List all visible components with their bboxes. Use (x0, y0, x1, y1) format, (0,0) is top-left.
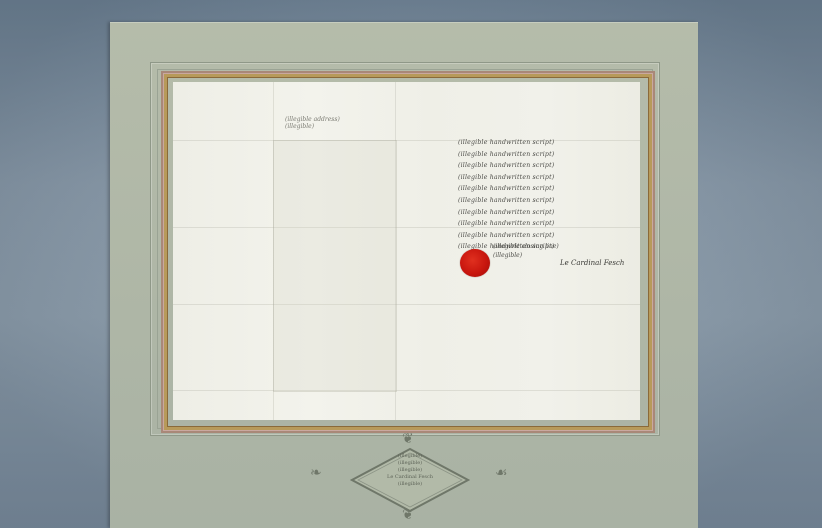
letter-line: (illegible handwritten script) (458, 160, 640, 172)
address-line: (illegible) (285, 123, 314, 130)
letter-body: (illegible handwritten script) (illegibl… (458, 137, 640, 253)
inscription-line: (illegible) (300, 467, 520, 474)
letter-line: (illegible handwritten script) (458, 137, 640, 149)
wax-seal-icon (460, 249, 490, 277)
letter-line: (illegible handwritten script) (458, 230, 640, 242)
fold-line (173, 390, 640, 391)
engraved-cartouche: ❦ ❦ ❧ ☙ (illegible) (illegible) (illegib… (300, 435, 520, 525)
letter-line: (illegible handwritten script) (458, 195, 640, 207)
inscription-line: (illegible) (300, 481, 520, 488)
cartouche-inscription: (illegible) (illegible) (illegible) Le C… (300, 453, 520, 488)
signature: Le Cardinal Fesch (560, 259, 624, 267)
letter-line: (illegible handwritten script) (458, 149, 640, 161)
letter-line: (illegible handwritten script) (458, 218, 640, 230)
letter-line: (illegible handwritten script) (458, 183, 640, 195)
closing-line: (illegible) (493, 252, 522, 259)
inscription-line: (illegible) (300, 453, 520, 460)
address-line: (illegible address) (285, 116, 340, 123)
inscription-line: Le Cardinal Fesch (300, 474, 520, 481)
closing-line: (illegible closing line) (493, 243, 559, 250)
letter-line: (illegible handwritten script) (458, 172, 640, 184)
ornament-icon: ❦ (402, 507, 414, 523)
fold-line (173, 304, 640, 305)
letter-line: (illegible handwritten script) (458, 207, 640, 219)
ornament-icon: ❦ (402, 431, 414, 447)
letter-closing: (illegible closing line) (illegible) (493, 242, 559, 260)
address-block: (illegible address) (illegible) (285, 116, 365, 130)
inscription-line: (illegible) (300, 460, 520, 467)
letter-paper: (illegible address) (illegible) (illegib… (173, 82, 640, 420)
folded-panel (273, 140, 397, 392)
